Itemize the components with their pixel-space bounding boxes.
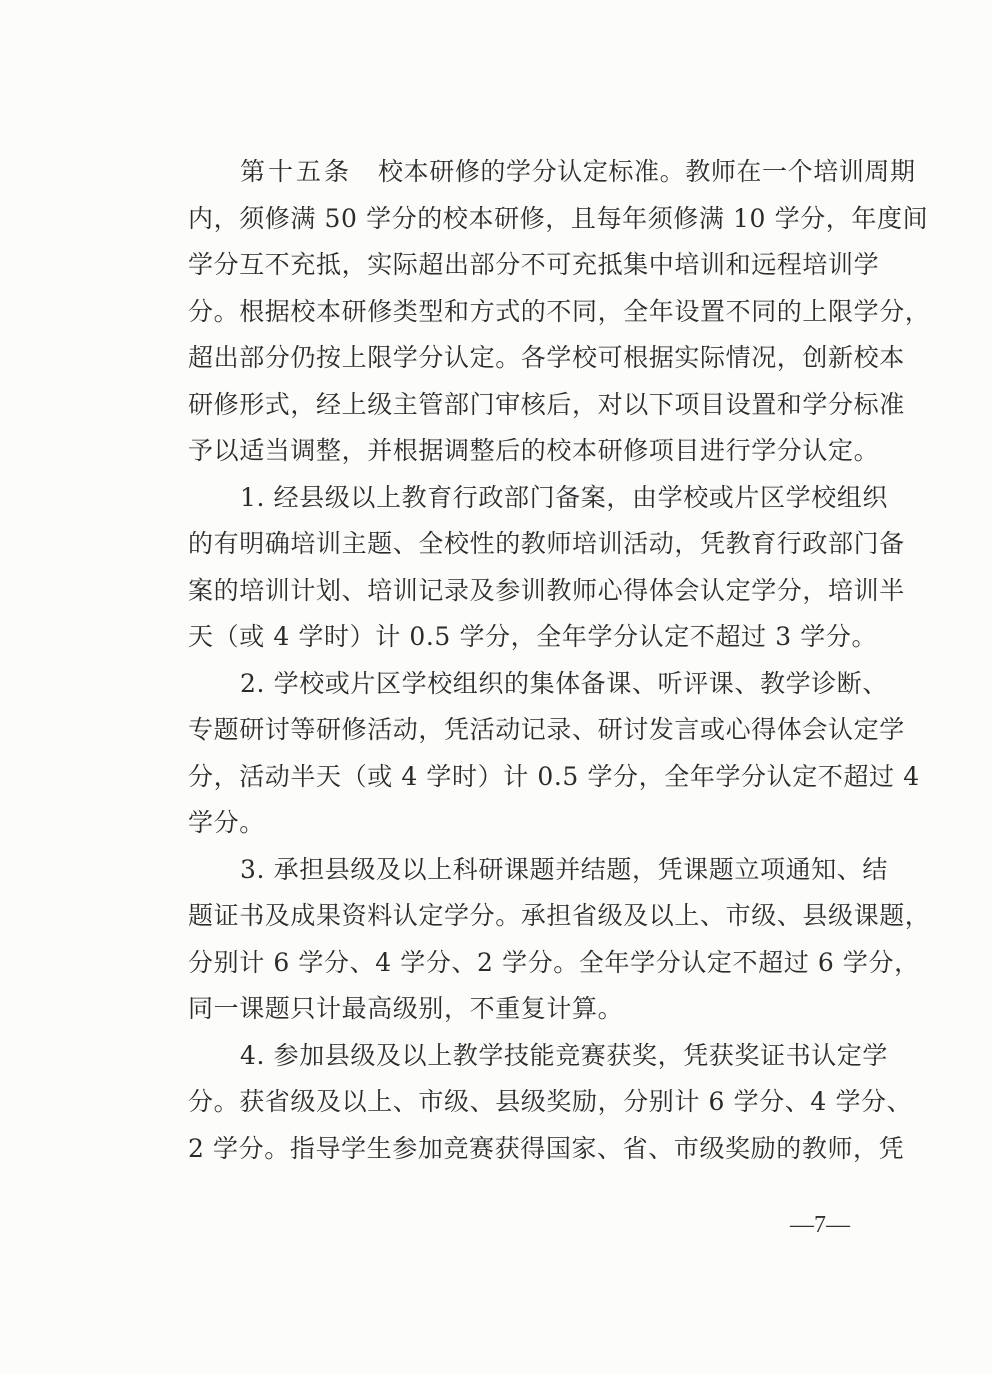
- text-line: 2. 学校或片区学校组织的集体备课、听评课、教学诊断、: [136, 661, 870, 708]
- text-line: 3. 承担县级及以上科研课题并结题，凭课题立项通知、结: [136, 847, 870, 894]
- text-line: 学分。: [136, 800, 870, 847]
- text-line: 题证书及成果资料认定学分。承担省级及以上、市级、县级课题，: [136, 893, 870, 940]
- text-line: 第十五条校本研修的学分认定标准。教师在一个培训周期: [136, 149, 870, 196]
- page-number: —7—: [790, 1212, 850, 1239]
- article-15-paragraph: 第十五条校本研修的学分认定标准。教师在一个培训周期 内，须修满 50 学分的校本…: [136, 149, 870, 475]
- text-line: 分。获省级及以上、市级、县级奖励，分别计 6 学分、4 学分、: [136, 1079, 870, 1126]
- item-3-paragraph: 3. 承担县级及以上科研课题并结题，凭课题立项通知、结 题证书及成果资料认定学分…: [136, 847, 870, 1033]
- text-line: 4. 参加县级及以上教学技能竞赛获奖，凭获奖证书认定学: [136, 1033, 870, 1080]
- text-line: 内，须修满 50 学分的校本研修，且每年须修满 10 学分，年度间: [136, 196, 870, 243]
- text-line: 分。根据校本研修类型和方式的不同，全年设置不同的上限学分，: [136, 289, 870, 336]
- text-span: 校本研修的学分认定标准。教师在一个培训周期: [378, 157, 916, 186]
- item-4-paragraph: 4. 参加县级及以上教学技能竞赛获奖，凭获奖证书认定学 分。获省级及以上、市级、…: [136, 1033, 870, 1173]
- text-line: 分别计 6 学分、4 学分、2 学分。全年学分认定不超过 6 学分，: [136, 940, 870, 987]
- item-2-paragraph: 2. 学校或片区学校组织的集体备课、听评课、教学诊断、 专题研讨等研修活动，凭活…: [136, 661, 870, 847]
- text-line: 案的培训计划、培训记录及参训教师心得体会认定学分，培训半: [136, 568, 870, 615]
- text-line: 分，活动半天（或 4 学时）计 0.5 学分，全年学分认定不超过 4: [136, 754, 870, 801]
- item-1-paragraph: 1. 经县级以上教育行政部门备案，由学校或片区学校组织 的有明确培训主题、全校性…: [136, 475, 870, 661]
- text-line: 1. 经县级以上教育行政部门备案，由学校或片区学校组织: [136, 475, 870, 522]
- text-line: 的有明确培训主题、全校性的教师培训活动，凭教育行政部门备: [136, 521, 870, 568]
- article-number: 第十五条: [240, 157, 352, 186]
- text-line: 超出部分仍按上限学分认定。各学校可根据实际情况，创新校本: [136, 335, 870, 382]
- text-line: 专题研讨等研修活动，凭活动记录、研讨发言或心得体会认定学: [136, 707, 870, 754]
- document-body: 第十五条校本研修的学分认定标准。教师在一个培训周期 内，须修满 50 学分的校本…: [136, 149, 870, 1172]
- text-line: 予以适当调整，并根据调整后的校本研修项目进行学分认定。: [136, 428, 870, 475]
- document-page: 第十五条校本研修的学分认定标准。教师在一个培训周期 内，须修满 50 学分的校本…: [0, 0, 992, 1374]
- text-line: 同一课题只计最高级别，不重复计算。: [136, 986, 870, 1033]
- text-line: 学分互不充抵，实际超出部分不可充抵集中培训和远程培训学: [136, 242, 870, 289]
- text-line: 天（或 4 学时）计 0.5 学分，全年学分认定不超过 3 学分。: [136, 614, 870, 661]
- text-line: 2 学分。指导学生参加竞赛获得国家、省、市级奖励的教师，凭: [136, 1126, 870, 1173]
- text-line: 研修形式，经上级主管部门审核后，对以下项目设置和学分标准: [136, 382, 870, 429]
